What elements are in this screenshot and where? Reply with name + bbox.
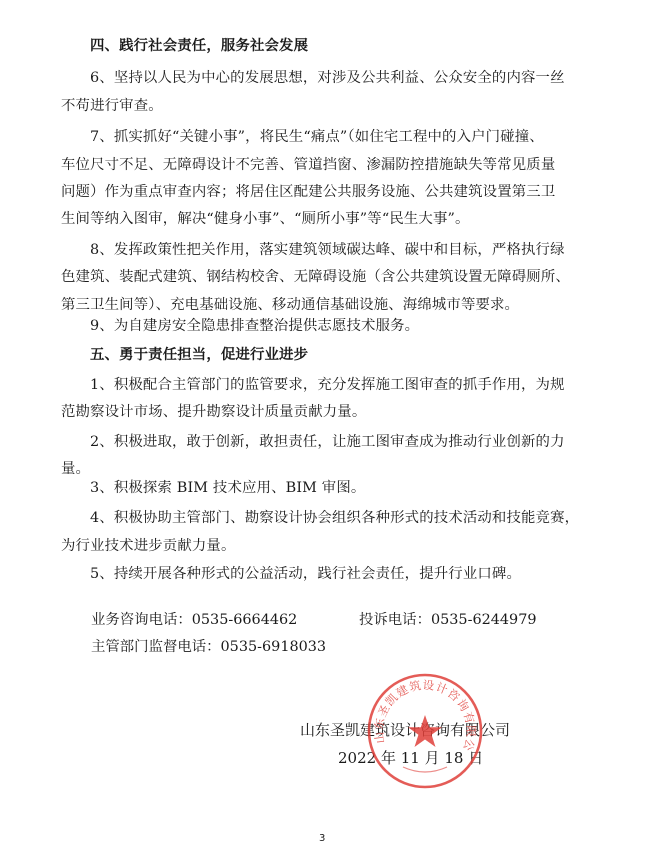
paragraph-line: 问题）作为重点审查内容；将居住区配建公共服务设施、公共建筑设置第三卫 bbox=[61, 182, 555, 202]
paragraph-line: 第三卫生间等）、充电基础设施、移动通信基础设施、海绵城市等要求。 bbox=[61, 295, 519, 315]
paragraph-line: 不苟进行审查。 bbox=[61, 96, 163, 116]
paragraph-line: 9、为自建房安全隐患排查整治提供志愿技术服务。 bbox=[90, 316, 419, 336]
complaint-phone: 投诉电话：0535-6244979 bbox=[359, 610, 537, 630]
paragraph-line: 8、发挥政策性把关作用，落实建筑领域碳达峰、碳中和目标，严格执行绿 bbox=[90, 240, 565, 260]
paragraph-line: 范勘察设计市场、提升勘察设计质量贡献力量。 bbox=[61, 402, 366, 422]
section-heading-4: 四、践行社会责任，服务社会发展 bbox=[90, 36, 308, 56]
supervision-phone: 主管部门监督电话：0535-6918033 bbox=[91, 637, 326, 657]
paragraph-line: 3、积极探索 BIM 技术应用、BIM 审图。 bbox=[90, 478, 365, 498]
paragraph-line: 为行业技术进步贡献力量。 bbox=[61, 536, 236, 556]
paragraph-line: 车位尺寸不足、无障碍设计不完善、管道挡窗、渗漏防控措施缺失等常见质量 bbox=[61, 155, 555, 175]
paragraph-line: 1、积极配合主管部门的监管要求，充分发挥施工图审查的抓手作用，为规 bbox=[90, 375, 565, 395]
paragraph-line: 生间等纳入图审，解决“健身小事”、“厕所小事”等“民生大事”。 bbox=[61, 209, 470, 229]
paragraph-line: 5、持续开展各种形式的公益活动，践行社会责任，提升行业口碑。 bbox=[90, 564, 521, 584]
svg-text:山东圣凯建筑设计咨询有限公司: 山东圣凯建筑设计咨询有限公司 bbox=[365, 671, 478, 753]
business-inquiry-phone: 业务咨询电话：0535-6664462 bbox=[91, 610, 297, 630]
paragraph-line: 4、积极协助主管部门、勘察设计协会组织各种形式的技术活动和技能竞赛， bbox=[90, 508, 579, 528]
paragraph-line: 量。 bbox=[61, 459, 90, 479]
company-name: 山东圣凯建筑设计咨询有限公司 bbox=[300, 719, 510, 740]
paragraph-line: 2、积极进取，敢于创新，敢担责任，让施工图审查成为推动行业创新的力 bbox=[90, 432, 565, 452]
page-number: 3 bbox=[319, 833, 325, 844]
paragraph-line: 色建筑、装配式建筑、钢结构校舍、无障碍设施（含公共建筑设置无障碍厕所、 bbox=[61, 267, 570, 287]
stamp-ring-text: 山东圣凯建筑设计咨询有限公司 bbox=[365, 671, 478, 753]
paragraph-line: 7、抓实抓好“关键小事”，将民生“痛点”（如住宅工程中的入户门碰撞、 bbox=[90, 127, 544, 147]
section-heading-5: 五、勇于责任担当，促进行业进步 bbox=[90, 345, 308, 365]
paragraph-line: 6、坚持以人民为中心的发展思想，对涉及公共利益、公众安全的内容一丝 bbox=[90, 68, 565, 88]
document-page: 四、践行社会责任，服务社会发展 6、坚持以人民为中心的发展思想，对涉及公共利益、… bbox=[0, 0, 650, 867]
signature-date: 2022 年 11 月 18 日 bbox=[338, 747, 483, 768]
